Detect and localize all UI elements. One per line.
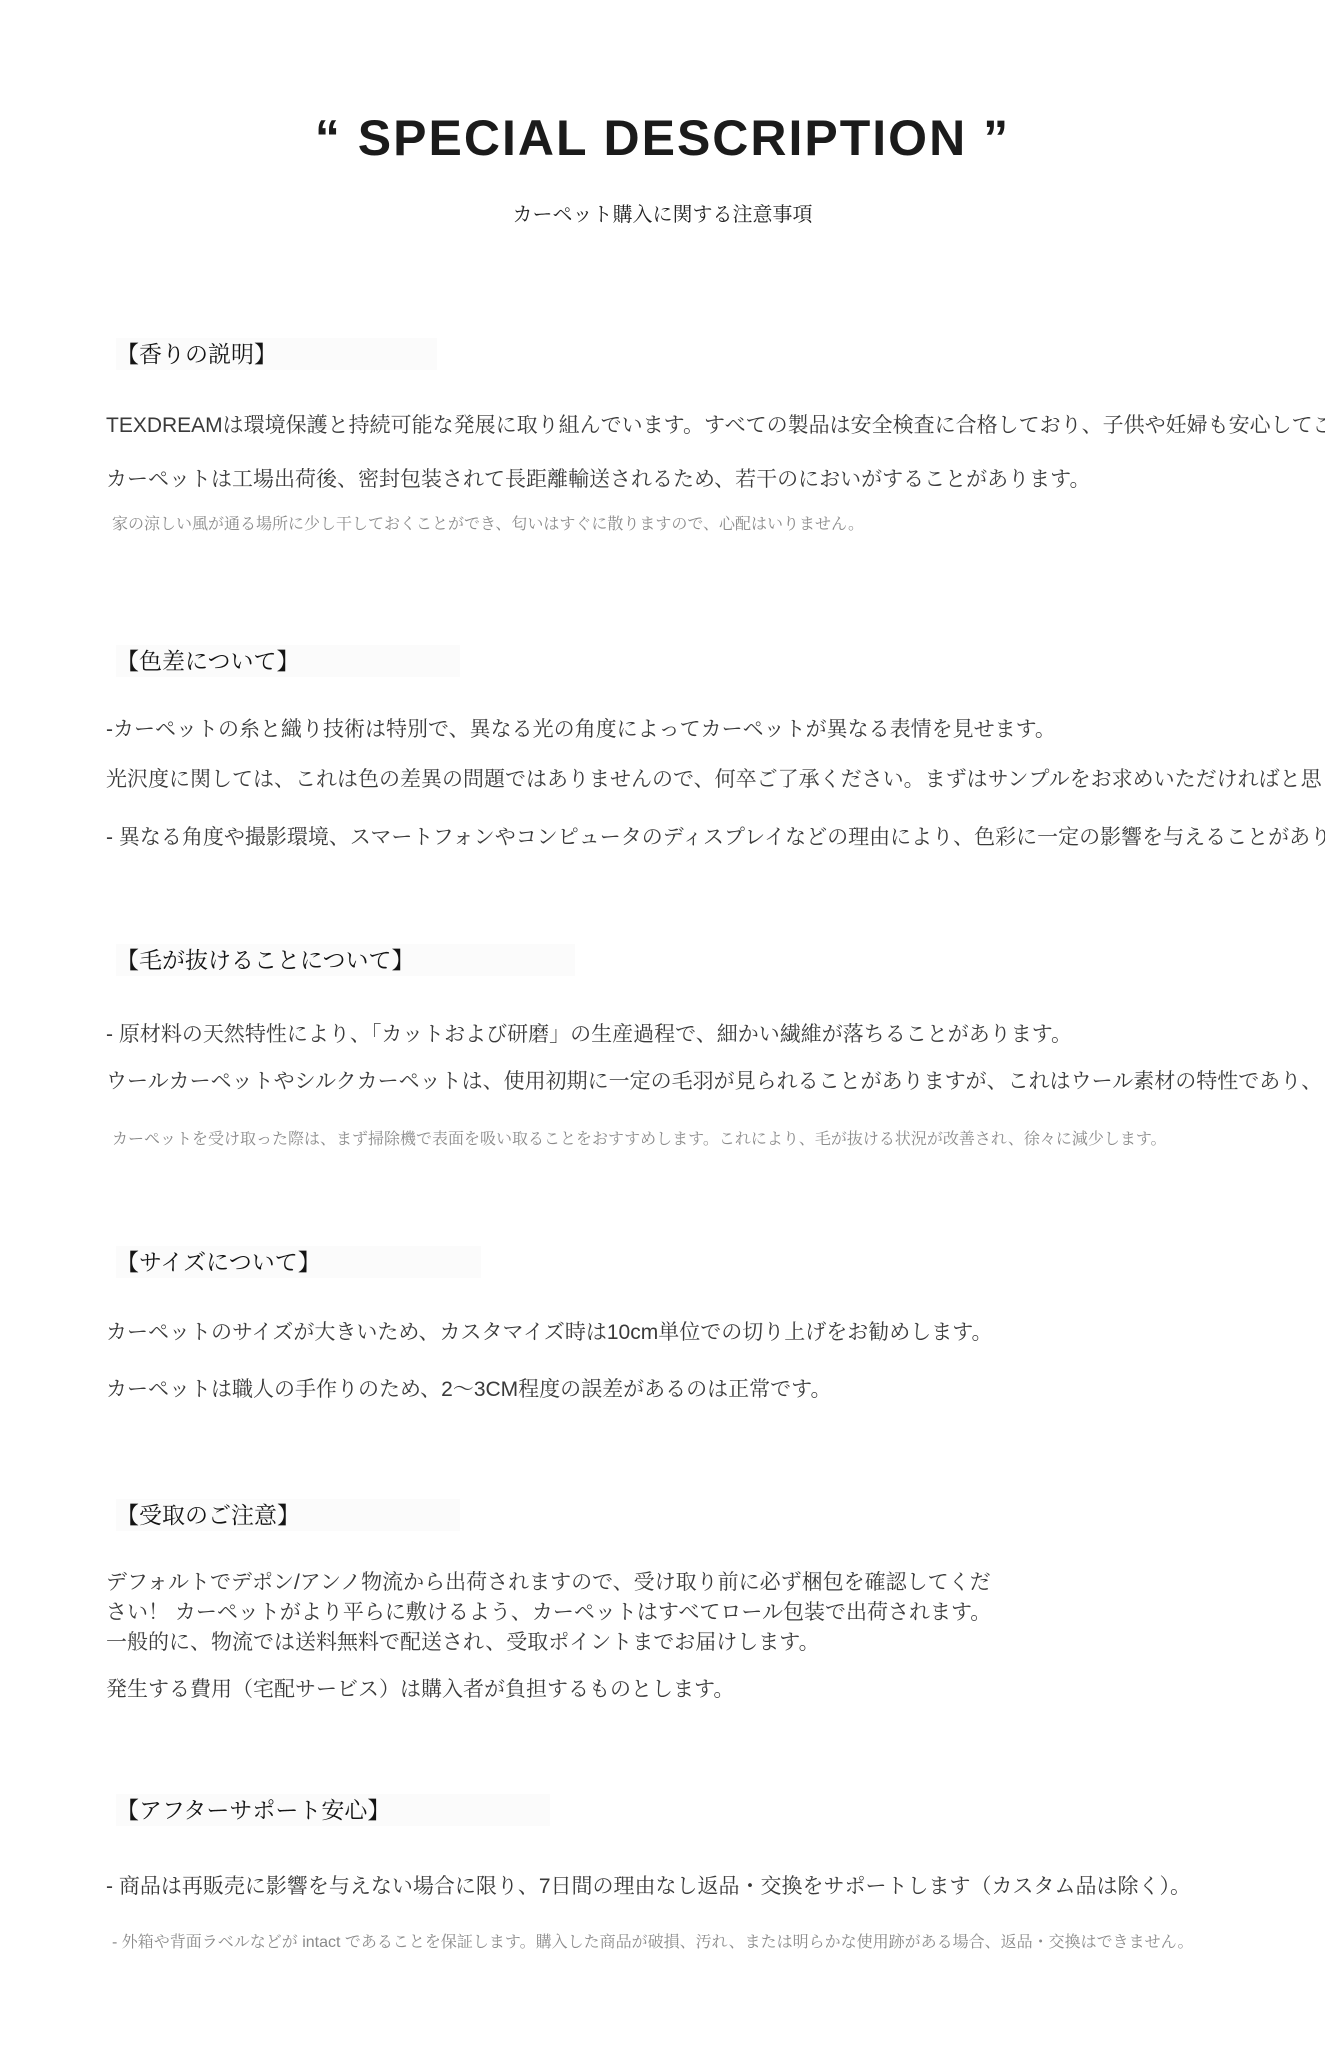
body-line: カーペットは職人の手作りのため、2〜3CM程度の誤差があるのは正常です。	[106, 1374, 1325, 1406]
section-heading-scent: 【香りの説明】	[116, 338, 437, 370]
body-line: カーペットのサイズが大きいため、カスタマイズ時は10cm単位での切り上げをお勧め…	[106, 1317, 1325, 1349]
page-subtitle: カーペット購入に関する注意事項	[0, 200, 1325, 230]
body-line: - 商品は再販売に影響を与えない場合に限り、7日間の理由なし返品・交換をサポート…	[106, 1871, 1325, 1903]
note-line: カーペットを受け取った際は、まず掃除機で表面を吸い取ることをおすすめします。これ…	[112, 1127, 1325, 1153]
section-heading-after-support: 【アフターサポート安心】	[116, 1794, 550, 1826]
body-line: - 原材料の天然特性により、「カットおよび研磨」の生産過程で、細かい繊維が落ちる…	[106, 1019, 1325, 1051]
body-line: 光沢度に関しては、これは色の差異の問題ではありませんので、何卒ご了承ください。ま…	[106, 764, 1325, 796]
body-line: ウールカーペットやシルクカーペットは、使用初期に一定の毛羽が見られることがありま…	[106, 1066, 1325, 1098]
body-line: TEXDREAMは環境保護と持続可能な発展に取り組んでいます。すべての製品は安全…	[106, 410, 1325, 442]
section-heading-shedding: 【毛が抜けることについて】	[116, 944, 575, 976]
section-heading-color-difference: 【色差について】	[116, 645, 460, 677]
section-heading-receipt: 【受取のご注意】	[116, 1499, 460, 1531]
body-line: - 異なる角度や撮影環境、スマートフォンやコンピュータのディスプレイなどの理由に…	[106, 822, 1325, 854]
body-line: 発生する費用（宅配サービス）は購入者が負担するものとします。	[106, 1674, 1325, 1706]
body-line: カーペットは工場出荷後、密封包装されて長距離輸送されるため、若干のにおいがするこ…	[106, 464, 1325, 496]
product-description-page: “ SPECIAL DESCRIPTION ” カーペット購入に関する注意事項 …	[0, 0, 1325, 2048]
page-title: “ SPECIAL DESCRIPTION ”	[0, 108, 1325, 168]
body-line: -カーペットの糸と織り技術は特別で、異なる光の角度によってカーペットが異なる表情…	[106, 714, 1325, 746]
body-paragraph: デフォルトでデポン/アンノ物流から出荷されますので、受け取り前に必ず梱包を確認し…	[106, 1568, 991, 1658]
note-line: - 外箱や背面ラベルなどが intact であることを保証します。購入した商品が…	[112, 1930, 1325, 1956]
section-heading-size: 【サイズについて】	[116, 1246, 481, 1278]
note-line: 家の涼しい風が通る場所に少し干しておくことができ、匂いはすぐに散りますので、心配…	[112, 512, 1325, 538]
